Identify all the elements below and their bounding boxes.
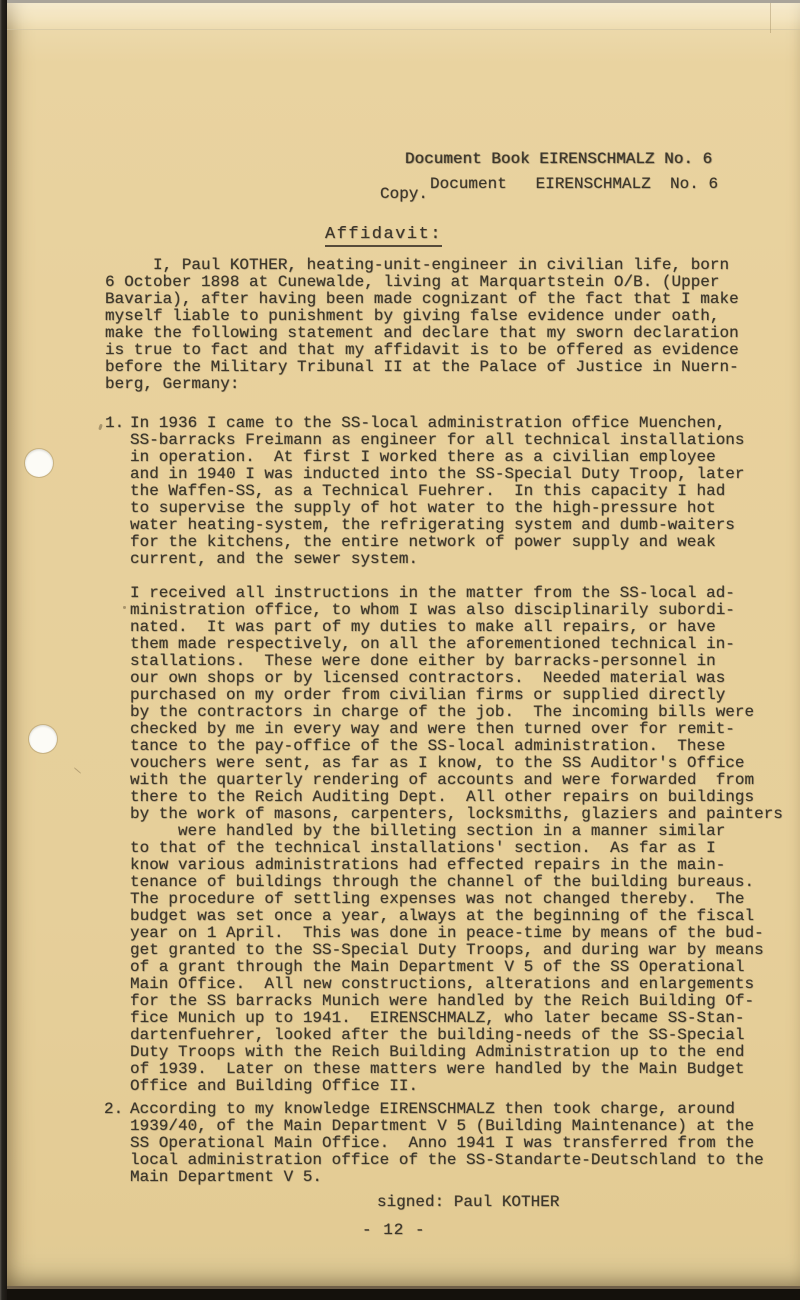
underlying-sheet-edge <box>770 3 771 33</box>
hole-punch-top <box>25 449 53 477</box>
scan-left-edge <box>0 0 7 1300</box>
document-book-header: Document Book EIRENSCHMALZ No. 6 <box>405 151 712 168</box>
paper-bottom-edge <box>7 1286 800 1289</box>
item-1-paragraph-1: In 1936 I came to the SS-local administr… <box>130 415 745 568</box>
item-2-paragraph-1: According to my knowledge EIRENSCHMALZ t… <box>130 1101 764 1186</box>
item-1-number: 1. <box>105 415 124 432</box>
affidavit-title: Affidavit: <box>325 226 442 247</box>
document-number-header: Document EIRENSCHMALZ No. 6 <box>430 176 718 193</box>
ink-speck <box>123 606 126 609</box>
signature-line: signed: Paul KOTHER <box>377 1194 559 1211</box>
copy-label: Copy. <box>380 186 428 203</box>
item-1-paragraph-2: I received all instructions in the matte… <box>130 585 783 1095</box>
item-2-number: 2. <box>104 1101 123 1118</box>
scan-top-edge <box>0 0 800 3</box>
intro-paragraph: I, Paul KOTHER, heating-unit-engineer in… <box>105 257 739 393</box>
paper-top-edge <box>7 3 800 30</box>
hole-punch-bottom <box>29 725 57 753</box>
scanned-document: Document Book EIRENSCHMALZ No. 6 Documen… <box>0 0 800 1300</box>
page-number: - 12 - <box>362 1222 426 1239</box>
